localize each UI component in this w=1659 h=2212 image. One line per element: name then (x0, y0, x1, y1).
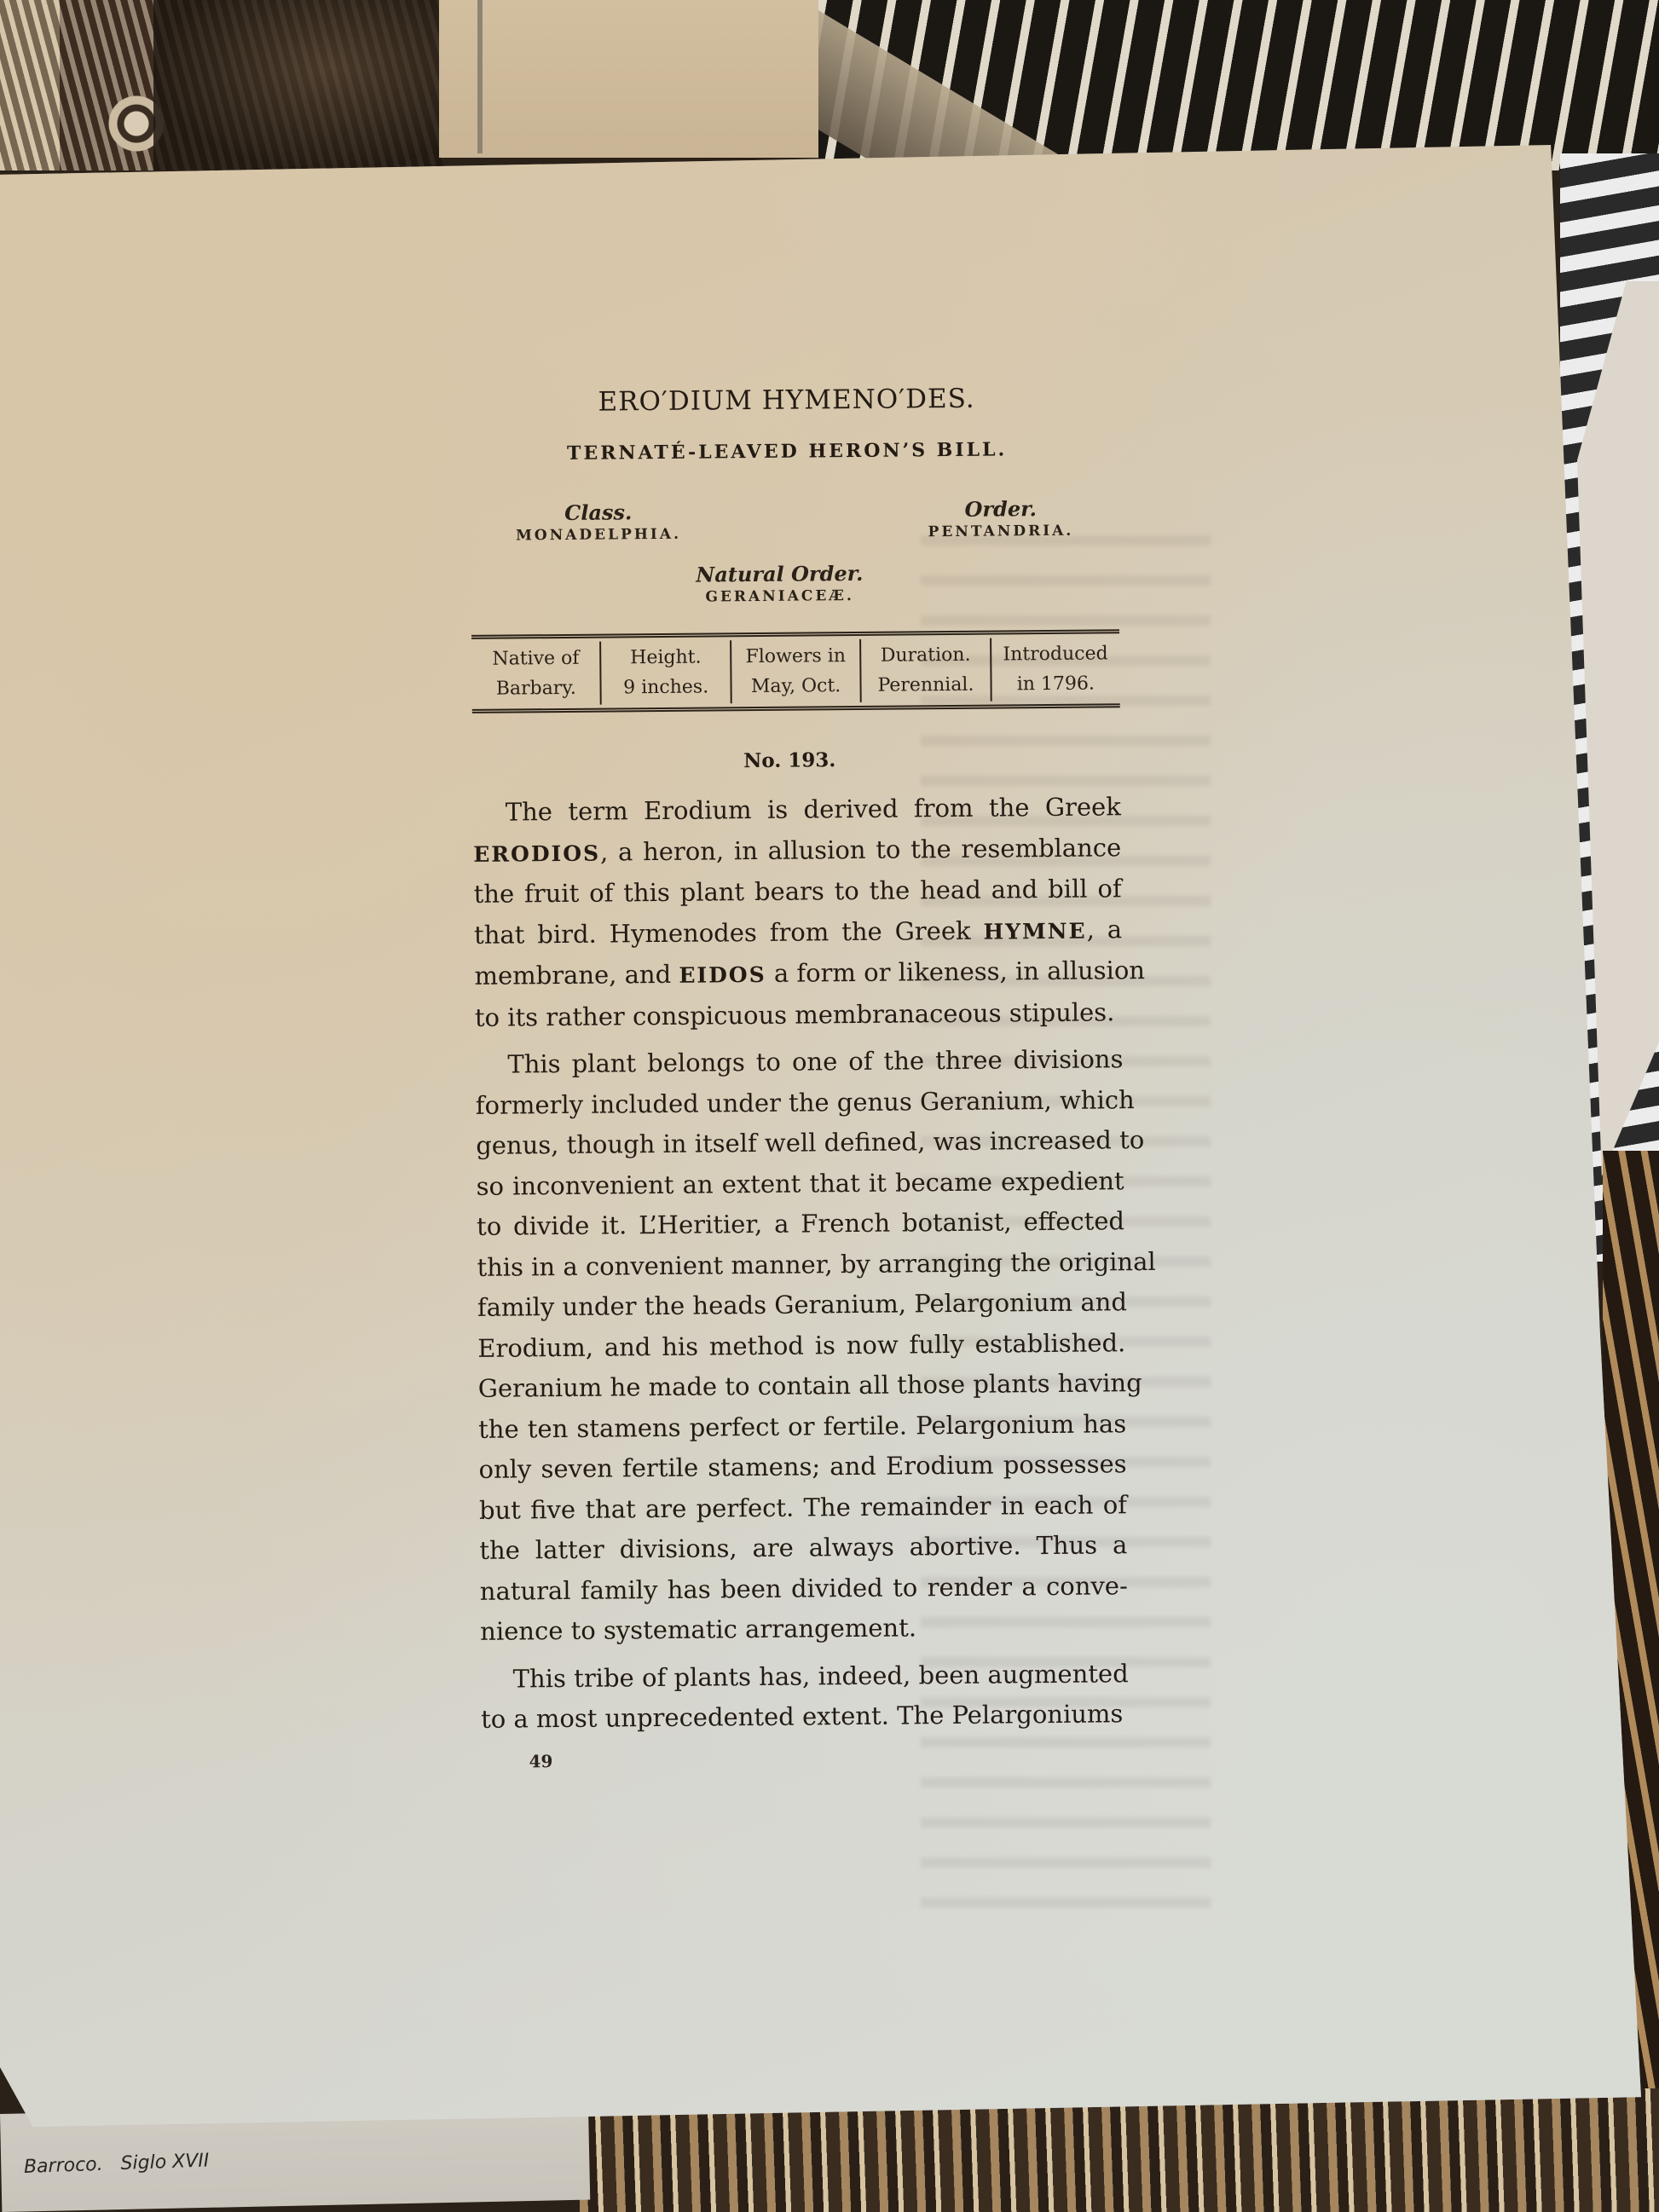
info-cell-line: Introduced (995, 638, 1117, 669)
background-photo-staircase-balustrade (818, 0, 1659, 170)
plant-info-table: Native of Barbary. Height. 9 inches. Flo… (471, 629, 1120, 713)
background-blank-card (439, 0, 822, 158)
text-line: but five that are perfect. The remainder… (479, 1485, 1127, 1531)
info-cell-height: Height. 9 inches. (601, 640, 731, 704)
paragraph: The term Erodium is derived from the Gre… (473, 787, 1123, 1038)
text-line: the ten stamens perfect or fertile. Pela… (478, 1404, 1126, 1450)
natural-order-label: Natural Order. (634, 560, 924, 587)
paragraph: This plant belongs to one of the three d… (475, 1039, 1128, 1652)
info-cell-line: Duration. (864, 640, 986, 671)
greek-word: HYMNE (983, 918, 1086, 944)
text-line: to a most unprecedented extent. The Pela… (481, 1694, 1129, 1740)
text-line: Erodium, and his method is now fully est… (477, 1323, 1125, 1369)
info-cell-line: Height. (605, 642, 727, 673)
body-text: The term Erodium is derived from the Gre… (473, 787, 1130, 1747)
info-cell-line: Barbary. (475, 673, 597, 704)
text-line: nience to systematic arrangement. (480, 1606, 1128, 1652)
info-cell-line: Native of (475, 644, 597, 674)
natural-order-block: Natural Order. GERANIACEÆ. (634, 560, 924, 606)
order-value: PENTANDRIA. (907, 523, 1095, 541)
page-title: ERO′DIUM HYMENO′DES. (462, 382, 1110, 419)
info-cell-line: in 1796. (995, 668, 1117, 699)
common-name: TERNATÉ-LEAVED HERON’S BILL. (463, 437, 1111, 465)
text-line: family under the heads Geranium, Pelargo… (477, 1282, 1125, 1328)
info-cell-line: May, Oct. (735, 671, 857, 702)
book-page: ERO′DIUM HYMENO′DES. TERNATÉ-LEAVED HERO… (0, 145, 1641, 2127)
info-cell-introduced: Introduced in 1796. (991, 637, 1120, 701)
text-line: to divide it. L’Heritier, a French botan… (477, 1201, 1124, 1247)
order-block: Order. PENTANDRIA. (907, 496, 1095, 541)
text-line: Geranium he made to contain all those pl… (478, 1363, 1126, 1409)
natural-order-value: GERANIACEÆ. (635, 586, 925, 606)
text-line: genus, though in itself well defined, wa… (476, 1120, 1124, 1166)
paragraph: This tribe of plants has, indeed, been a… (481, 1654, 1130, 1741)
info-cell-flowers: Flowers in May, Oct. (731, 639, 862, 703)
class-label: Class. (505, 500, 692, 526)
info-cell-native: Native of Barbary. (471, 642, 602, 706)
text-line: This tribe of plants has, indeed, been a… (481, 1654, 1129, 1700)
text-line: to its rather conspicuous membranaceous … (475, 992, 1123, 1038)
text-line: ERODIOS, a heron, in allusion to the res… (473, 828, 1121, 875)
text-line: only seven fertile stamens; and Erodium … (478, 1444, 1126, 1490)
info-cell-line: Perennial. (865, 670, 987, 701)
info-cell-line: Flowers in (735, 641, 857, 672)
text-line: that bird. Hymenodes from the Greek HYMN… (474, 910, 1122, 956)
text-line: this in a convenient manner, by arrangin… (477, 1242, 1124, 1288)
greek-word: ERODIOS (473, 840, 600, 866)
page-number: 49 (529, 1751, 552, 1771)
background-photo-ornate-capital (0, 0, 443, 170)
text-line: so inconvenient an extent that it became… (476, 1161, 1124, 1207)
greek-word: EIDOS (679, 962, 766, 988)
text-line: the latter divisions, are always abortiv… (479, 1525, 1127, 1571)
order-label: Order. (907, 496, 1095, 523)
info-cell-line: 9 inches. (605, 672, 727, 702)
info-cell-duration: Duration. Perennial. (861, 638, 991, 702)
text-line: natural family has been divided to rende… (480, 1566, 1128, 1612)
text-line: membrane, and EIDOS a form or likeness, … (474, 950, 1122, 997)
text-line: formerly included under the genus Gerani… (476, 1080, 1124, 1126)
class-block: Class. MONADELPHIA. (505, 500, 692, 545)
class-value: MONADELPHIA. (505, 526, 692, 545)
text-line: the fruit of this plant bears to the hea… (473, 869, 1121, 915)
text-line: This plant belongs to one of the three d… (475, 1039, 1123, 1085)
text-line: The term Erodium is derived from the Gre… (473, 787, 1121, 833)
